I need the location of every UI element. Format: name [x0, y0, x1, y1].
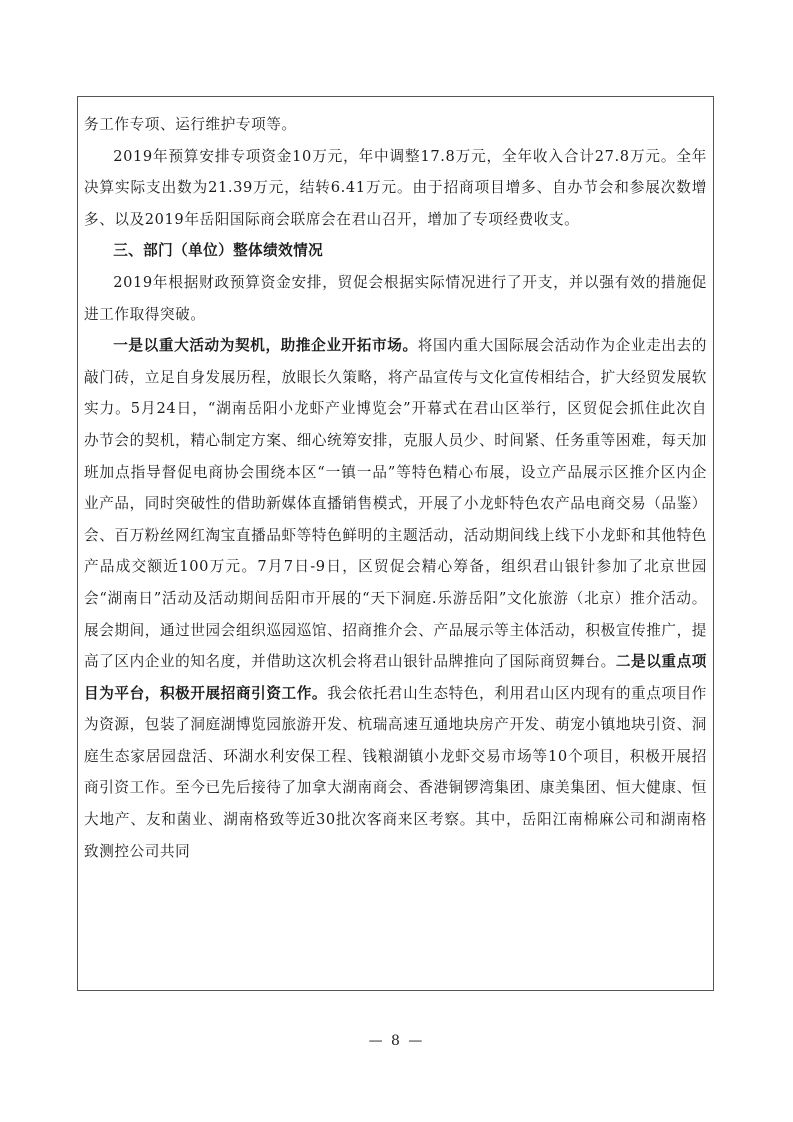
body-major-events: 将国内重大国际展会活动作为企业走出去的敲门砖，立足自身发展历程，放眼长久策略，将… — [84, 337, 707, 670]
bold-lead-major-events: 一是以重大活动为契机，助推企业开拓市场。 — [113, 337, 418, 354]
section-heading-overall-performance: 三、部门（单位）整体绩效情况 — [84, 235, 707, 267]
paragraph-achievements: 一是以重大活动为契机，助推企业开拓市场。将国内重大国际展会活动作为企业走出去的敲… — [84, 330, 707, 867]
page-number: — 8 — — [0, 1033, 793, 1049]
paragraph-continuation: 务工作专项、运行维护专项等。 — [84, 109, 707, 141]
body-key-projects: 我会依托君山生态特色，利用君山区内现有的重点项目作为资源，包装了洞庭湖博览园旅游… — [84, 685, 707, 860]
paragraph-special-funds: 2019年预算安排专项资金10万元，年中调整17.8万元，全年收入合计27.8万… — [84, 141, 707, 236]
bordered-content-box: 务工作专项、运行维护专项等。 2019年预算安排专项资金10万元，年中调整17.… — [77, 96, 714, 991]
paragraph-budget-overview: 2019年根据财政预算资金安排，贸促会根据实际情况进行了开支，并以强有效的措施促… — [84, 267, 707, 330]
